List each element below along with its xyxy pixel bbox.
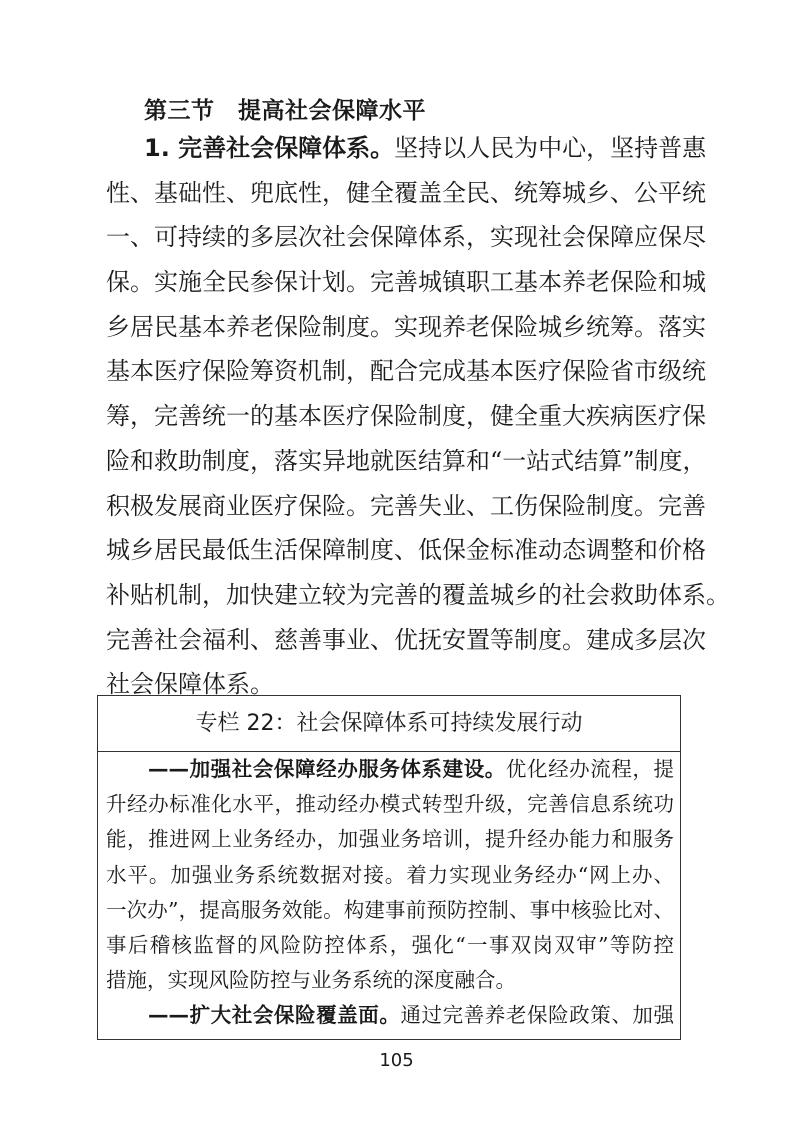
paragraph-line: 一、可持续的多层次社会保障体系，实现社会保障应保尽 <box>106 215 702 260</box>
paragraph-line: 完善社会福利、慈善事业、优抚安置等制度。建成多层次 <box>106 618 702 663</box>
paragraph-line: 乡居民基本养老保险制度。实现养老保险城乡统筹。落实 <box>106 305 702 350</box>
box-line: 水平。加强业务系统数据对接。着力实现业务经办“网上办、 <box>106 858 674 893</box>
paragraph-social-security-system: 1. 完善社会保障体系。坚持以人民为中心，坚持普惠 性、基础性、兜底性，健全覆盖… <box>106 126 702 707</box>
paragraph-line: 筹，完善统一的基本医疗保险制度，健全重大疾病医疗保 <box>106 394 702 439</box>
paragraph-line: 性、基础性、兜底性，健全覆盖全民、统筹城乡、公平统 <box>106 171 702 216</box>
box-item-first-line: ——扩大社会保险覆盖面。通过完善养老保险政策、加强 <box>106 998 674 1033</box>
box-item-title: ——加强社会保障经办服务体系建设。 <box>148 757 506 781</box>
paragraph-text: 坚持以人民为中心，坚持普惠 <box>394 134 706 162</box>
box-line: 能，推进网上业务经办，加强业务培训，提升经办能力和服务 <box>106 822 674 857</box>
box-item-first-line: ——加强社会保障经办服务体系建设。优化经办流程，提 <box>106 752 674 787</box>
box-item-text: 优化经办流程，提 <box>506 757 674 781</box>
paragraph-line: 城乡居民最低生活保障制度、低保金标准动态调整和价格 <box>106 528 702 573</box>
page-number: 105 <box>0 1050 793 1071</box>
paragraph-line: 1. 完善社会保障体系。坚持以人民为中心，坚持普惠 <box>106 126 702 171</box>
column-box-body: ——加强社会保障经办服务体系建设。优化经办流程，提 升经办标准化水平，推动经办模… <box>98 752 680 1034</box>
paragraph-line: 保。实施全民参保计划。完善城镇职工基本养老保险和城 <box>106 260 702 305</box>
box-line: 一次办”，提高服务效能。构建事前预防控制、事中核验比对、 <box>106 893 674 928</box>
box-item-title: ——扩大社会保险覆盖面。 <box>148 1003 400 1027</box>
section-heading: 第三节 提高社会保障水平 <box>144 92 426 125</box>
box-line: 升经办标准化水平，推动经办模式转型升级，完善信息系统功 <box>106 787 674 822</box>
column-box-title: 专栏 22：社会保障体系可持续发展行动 <box>98 696 680 752</box>
paragraph-line: 补贴机制，加快建立较为完善的覆盖城乡的社会救助体系。 <box>106 573 702 618</box>
paragraph-line: 险和救助制度，落实异地就医结算和“一站式结算”制度， <box>106 439 702 484</box>
box-item-text: 通过完善养老保险政策、加强 <box>400 1003 674 1027</box>
paragraph-lead-title: 1. 完善社会保障体系。 <box>144 134 394 162</box>
box-line: 措施，实现风险防控与业务系统的深度融合。 <box>106 963 674 998</box>
paragraph-line: 积极发展商业医疗保险。完善失业、工伤保险制度。完善 <box>106 484 702 529</box>
box-line: 事后稽核监督的风险防控体系，强化“一事双岗双审”等防控 <box>106 928 674 963</box>
column-box: 专栏 22：社会保障体系可持续发展行动 ——加强社会保障经办服务体系建设。优化经… <box>97 695 681 1040</box>
paragraph-line: 基本医疗保险筹资机制，配合完成基本医疗保险省市级统 <box>106 349 702 394</box>
